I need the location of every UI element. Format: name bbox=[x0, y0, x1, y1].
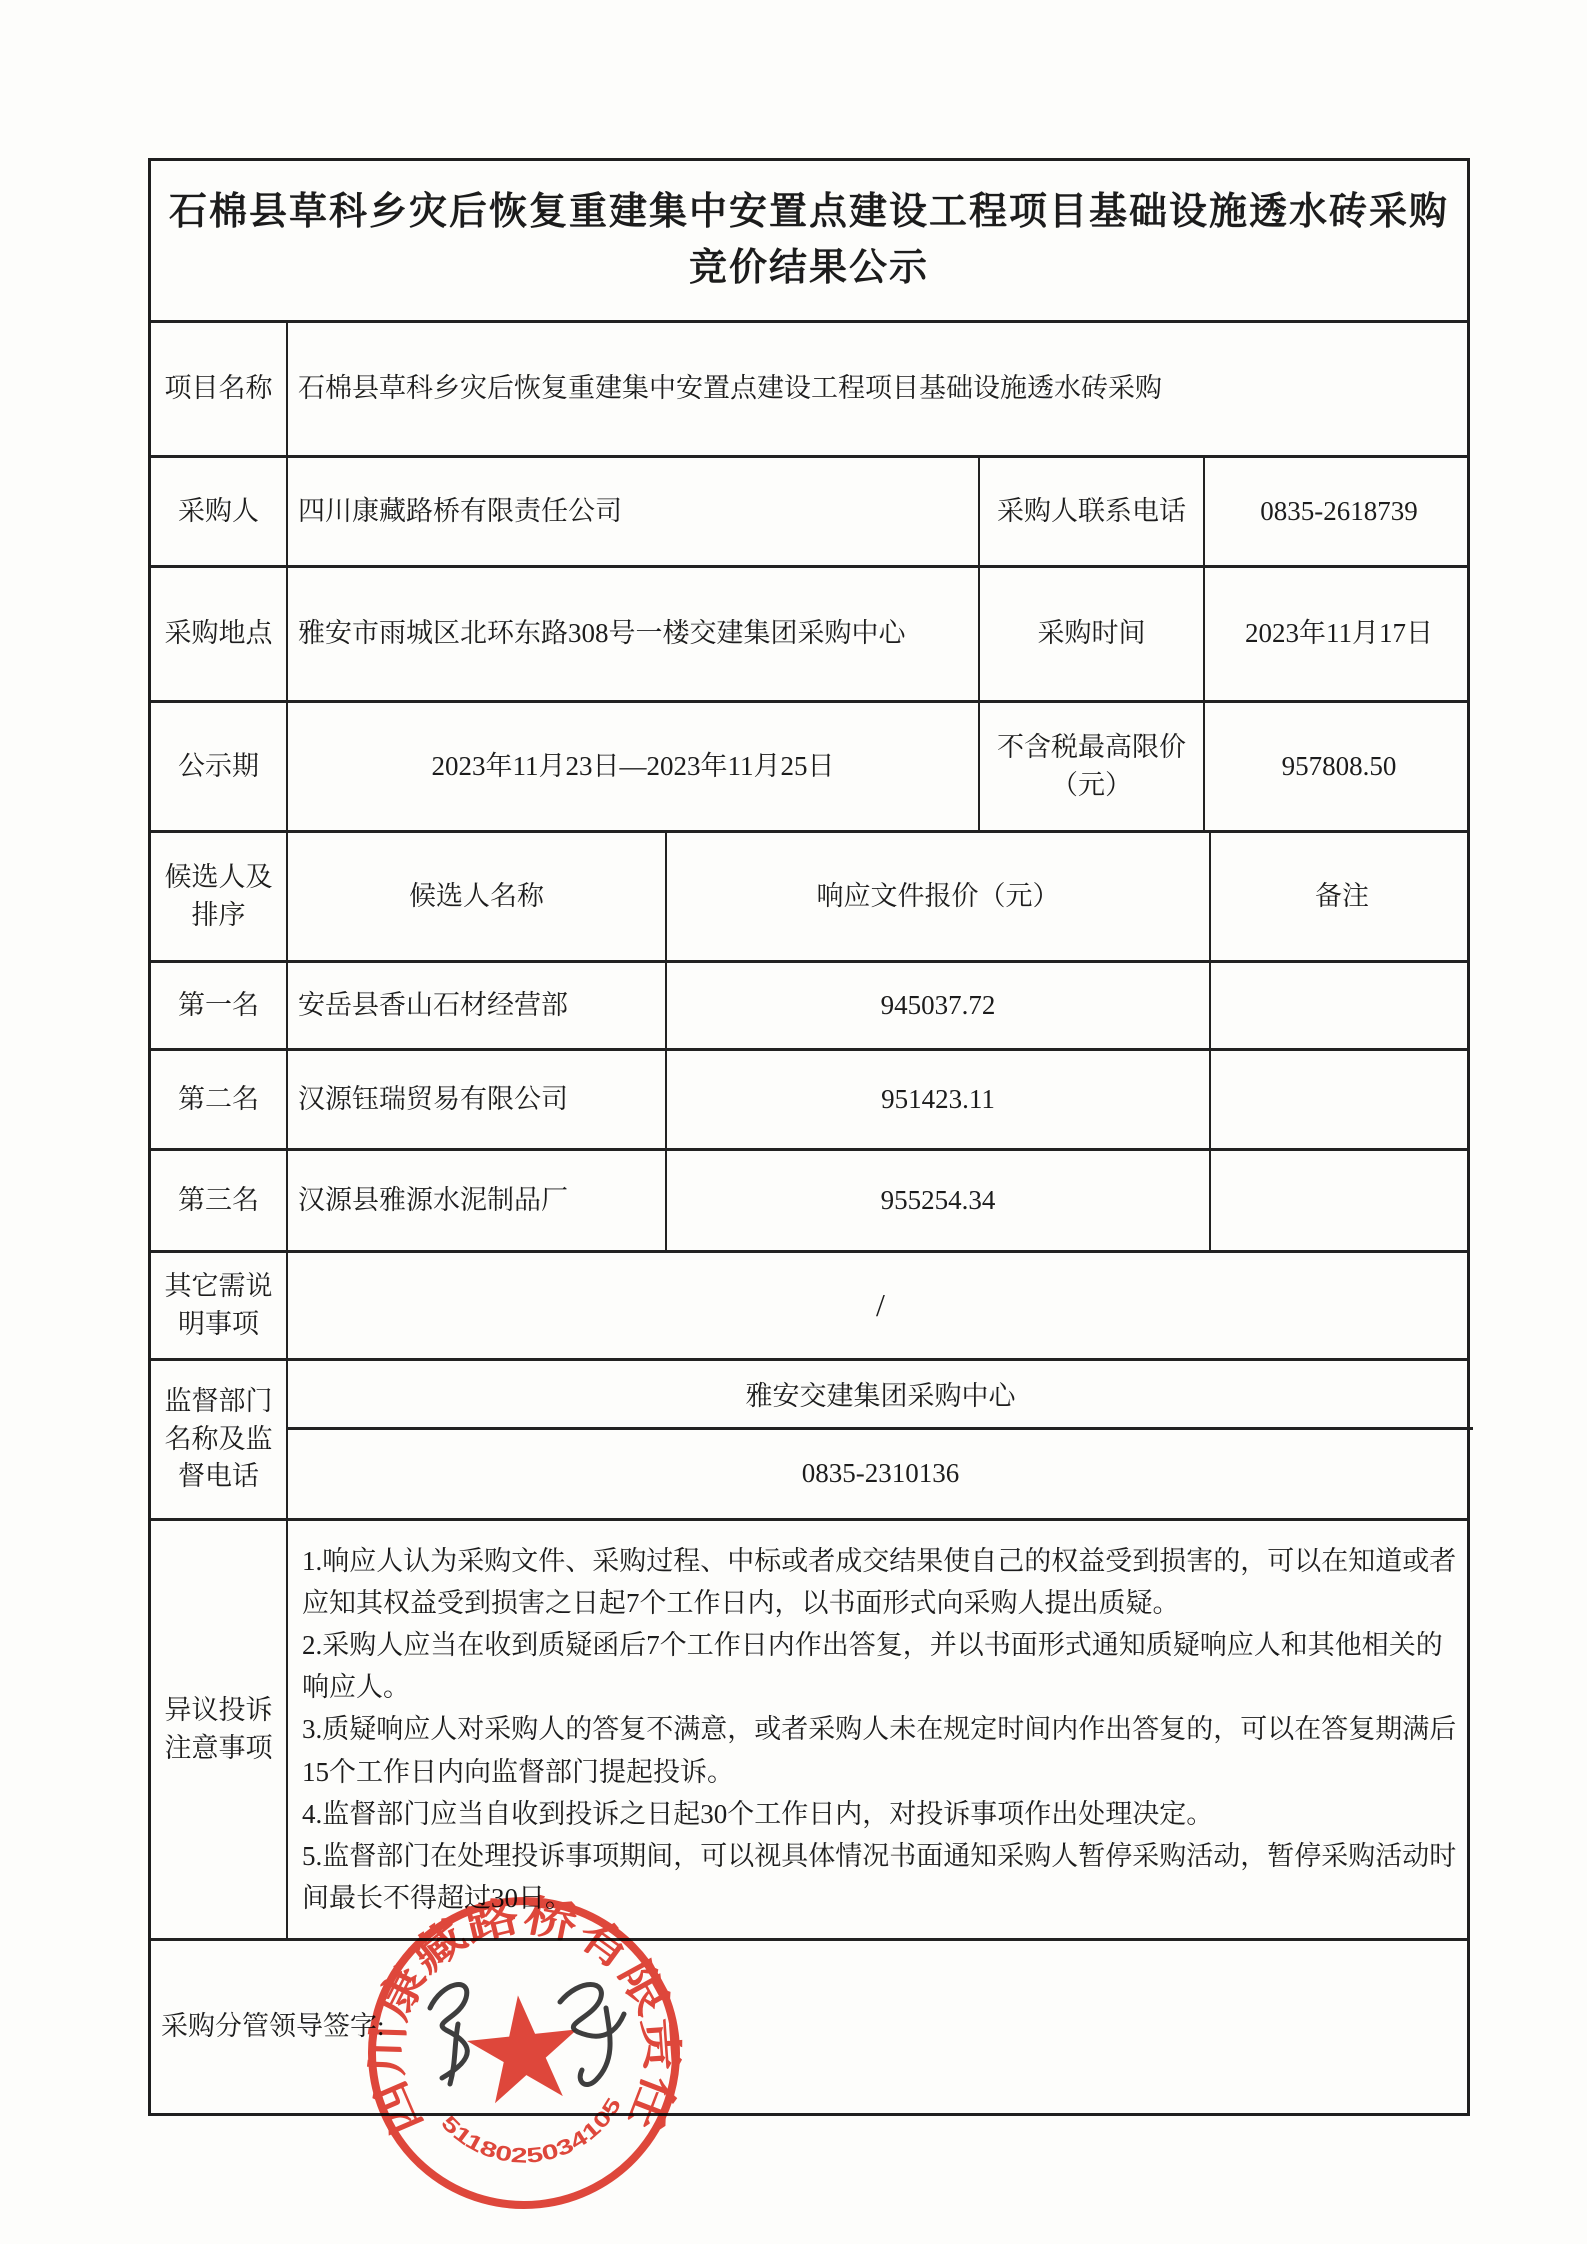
purchaser-phone-label: 采购人联系电话 bbox=[980, 458, 1205, 565]
candidates-remark-header: 备注 bbox=[1211, 833, 1473, 960]
supervision-row: 监督部门名称及监督电话 雅安交建集团采购中心 0835-2310136 bbox=[151, 1361, 1467, 1521]
project-name-label: 项目名称 bbox=[151, 323, 288, 455]
purchase-time-label: 采购时间 bbox=[980, 568, 1205, 700]
document-page: 石棉县草科乡灾后恢复重建集中安置点建设工程项目基础设施透水砖采购 竞价结果公示 … bbox=[0, 0, 1587, 2244]
candidate-name: 安岳县香山石材经营部 bbox=[288, 963, 667, 1048]
purchaser-label: 采购人 bbox=[151, 458, 288, 565]
objection-item-1: 1.响应人认为采购文件、采购过程、中标或者成交结果使自己的权益受到损害的，可以在… bbox=[302, 1540, 1459, 1624]
candidates-name-header: 候选人名称 bbox=[288, 833, 667, 960]
candidate-rank: 第一名 bbox=[151, 963, 288, 1048]
objection-row: 异议投诉注意事项 1.响应人认为采购文件、采购过程、中标或者成交结果使自己的权益… bbox=[151, 1521, 1467, 1941]
purchaser-row: 采购人 四川康藏路桥有限责任公司 采购人联系电话 0835-2618739 bbox=[151, 458, 1467, 568]
project-name-value: 石棉县草科乡灾后恢复重建集中安置点建设工程项目基础设施透水砖采购 bbox=[288, 323, 1473, 455]
candidates-price-header: 响应文件报价（元） bbox=[667, 833, 1211, 960]
publicity-value: 2023年11月23日—2023年11月25日 bbox=[288, 703, 980, 830]
candidate-price: 955254.34 bbox=[667, 1151, 1211, 1250]
other-notes-row: 其它需说明事项 / bbox=[151, 1253, 1467, 1361]
supervision-department: 雅安交建集团采购中心 bbox=[288, 1361, 1473, 1430]
location-value: 雅安市雨城区北环东路308号一楼交建集团采购中心 bbox=[288, 568, 980, 700]
page-title: 石棉县草科乡灾后恢复重建集中安置点建设工程项目基础设施透水砖采购 竞价结果公示 bbox=[151, 161, 1467, 320]
purchaser-phone-value: 0835-2618739 bbox=[1205, 458, 1473, 565]
supervision-label: 监督部门名称及监督电话 bbox=[151, 1361, 288, 1518]
objection-content: 1.响应人认为采购文件、采购过程、中标或者成交结果使自己的权益受到损害的，可以在… bbox=[288, 1521, 1473, 1938]
location-row: 采购地点 雅安市雨城区北环东路308号一楼交建集团采购中心 采购时间 2023年… bbox=[151, 568, 1467, 703]
max-price-value: 957808.50 bbox=[1205, 703, 1473, 830]
table-row: 第一名 安岳县香山石材经营部 945037.72 bbox=[151, 963, 1467, 1051]
purchaser-value: 四川康藏路桥有限责任公司 bbox=[288, 458, 980, 565]
title-row: 石棉县草科乡灾后恢复重建集中安置点建设工程项目基础设施透水砖采购 竞价结果公示 bbox=[151, 161, 1467, 323]
max-price-label: 不含税最高限价（元） bbox=[980, 703, 1205, 830]
candidates-header-row: 候选人及排序 候选人名称 响应文件报价（元） 备注 bbox=[151, 833, 1467, 963]
candidate-price: 945037.72 bbox=[667, 963, 1211, 1048]
objection-item-3: 3.质疑响应人对采购人的答复不满意，或者采购人未在规定时间内作出答复的，可以在答… bbox=[302, 1708, 1459, 1792]
candidate-rank: 第二名 bbox=[151, 1051, 288, 1148]
purchase-time-value: 2023年11月17日 bbox=[1205, 568, 1473, 700]
candidate-remark bbox=[1211, 1151, 1473, 1250]
candidate-remark bbox=[1211, 963, 1473, 1048]
supervision-values: 雅安交建集团采购中心 0835-2310136 bbox=[288, 1361, 1473, 1518]
publicity-label: 公示期 bbox=[151, 703, 288, 830]
announcement-table: 石棉县草科乡灾后恢复重建集中安置点建设工程项目基础设施透水砖采购 竞价结果公示 … bbox=[148, 158, 1470, 2116]
publicity-row: 公示期 2023年11月23日—2023年11月25日 不含税最高限价（元） 9… bbox=[151, 703, 1467, 833]
table-row: 第三名 汉源县雅源水泥制品厂 955254.34 bbox=[151, 1151, 1467, 1253]
table-row: 第二名 汉源钰瑞贸易有限公司 951423.11 bbox=[151, 1051, 1467, 1151]
signature-label: 采购分管领导签字: bbox=[151, 1941, 1467, 2113]
candidates-rank-header: 候选人及排序 bbox=[151, 833, 288, 960]
objection-item-2: 2.采购人应当在收到质疑函后7个工作日内作出答复，并以书面形式通知质疑响应人和其… bbox=[302, 1624, 1459, 1708]
objection-item-4: 4.监督部门应当自收到投诉之日起30个工作日内，对投诉事项作出处理决定。 bbox=[302, 1793, 1213, 1835]
candidate-name: 汉源县雅源水泥制品厂 bbox=[288, 1151, 667, 1250]
objection-item-5: 5.监督部门在处理投诉事项期间，可以视具体情况书面通知采购人暂停采购活动，暂停采… bbox=[302, 1835, 1459, 1919]
other-notes-value: / bbox=[288, 1253, 1473, 1358]
candidate-price: 951423.11 bbox=[667, 1051, 1211, 1148]
supervision-phone: 0835-2310136 bbox=[288, 1430, 1473, 1518]
other-notes-label: 其它需说明事项 bbox=[151, 1253, 288, 1358]
project-name-row: 项目名称 石棉县草科乡灾后恢复重建集中安置点建设工程项目基础设施透水砖采购 bbox=[151, 323, 1467, 458]
candidate-remark bbox=[1211, 1051, 1473, 1148]
candidate-rank: 第三名 bbox=[151, 1151, 288, 1250]
candidate-name: 汉源钰瑞贸易有限公司 bbox=[288, 1051, 667, 1148]
signature-row: 采购分管领导签字: bbox=[151, 1941, 1467, 2113]
location-label: 采购地点 bbox=[151, 568, 288, 700]
objection-label: 异议投诉注意事项 bbox=[151, 1521, 288, 1938]
